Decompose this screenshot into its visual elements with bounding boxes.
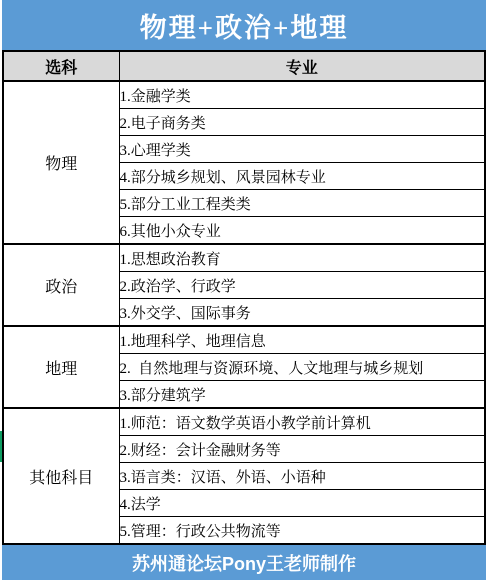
major-cell: 4.部分城乡规划、风景园林专业 bbox=[119, 163, 485, 190]
major-cell: 6.其他小众专业 bbox=[119, 217, 485, 245]
table-title: 物理+政治+地理 bbox=[140, 6, 349, 45]
major-cell: 1.地理科学、地理信息 bbox=[119, 326, 485, 354]
content: 物理+政治+地理 选科 专业 物理 1.金融学类 2.电子商务类 3.心理学类 … bbox=[2, 0, 486, 580]
major-cell: 2. 自然地理与资源环境、人文地理与城乡规划 bbox=[119, 354, 485, 381]
footer-credit: 苏州通论坛Pony王老师制作 bbox=[132, 550, 356, 576]
major-cell: 5.管理：行政公共物流等 bbox=[119, 517, 485, 545]
table-row: 其他科目 1.师范：语文数学英语小教学前计算机 bbox=[3, 408, 485, 436]
major-cell: 2.政治学、行政学 bbox=[119, 272, 485, 299]
major-cell: 3.部分建筑学 bbox=[119, 381, 485, 409]
footer-credit-bar: 苏州通论坛Pony王老师制作 bbox=[2, 545, 486, 580]
table-title-bar: 物理+政治+地理 bbox=[2, 0, 486, 50]
major-cell: 1.师范：语文数学英语小教学前计算机 bbox=[119, 408, 485, 436]
table-row: 物理 1.金融学类 bbox=[3, 81, 485, 109]
major-cell: 3.语言类：汉语、外语、小语种 bbox=[119, 463, 485, 490]
major-cell: 3.外交学、国际事务 bbox=[119, 299, 485, 327]
table-row: 政治 1.思想政治教育 bbox=[3, 244, 485, 272]
page: 物理+政治+地理 选科 专业 物理 1.金融学类 2.电子商务类 3.心理学类 … bbox=[0, 0, 488, 583]
column-header-subject: 选科 bbox=[3, 51, 119, 81]
subject-cell-other: 其他科目 bbox=[3, 408, 119, 544]
major-cell: 4.法学 bbox=[119, 490, 485, 517]
subject-cell-geography: 地理 bbox=[3, 326, 119, 408]
major-cell: 3.心理学类 bbox=[119, 136, 485, 163]
major-cell: 5.部分工业工程类类 bbox=[119, 190, 485, 217]
subject-major-table: 选科 专业 物理 1.金融学类 2.电子商务类 3.心理学类 4.部分城乡规划、… bbox=[2, 50, 486, 545]
subject-cell-physics: 物理 bbox=[3, 81, 119, 244]
major-cell: 2.财经：会计金融财务等 bbox=[119, 436, 485, 463]
major-cell: 1.金融学类 bbox=[119, 81, 485, 109]
column-header-major: 专业 bbox=[119, 51, 485, 81]
major-cell: 2.电子商务类 bbox=[119, 109, 485, 136]
table-row: 地理 1.地理科学、地理信息 bbox=[3, 326, 485, 354]
major-cell: 1.思想政治教育 bbox=[119, 244, 485, 272]
subject-cell-politics: 政治 bbox=[3, 244, 119, 326]
header-row: 选科 专业 bbox=[3, 51, 485, 81]
